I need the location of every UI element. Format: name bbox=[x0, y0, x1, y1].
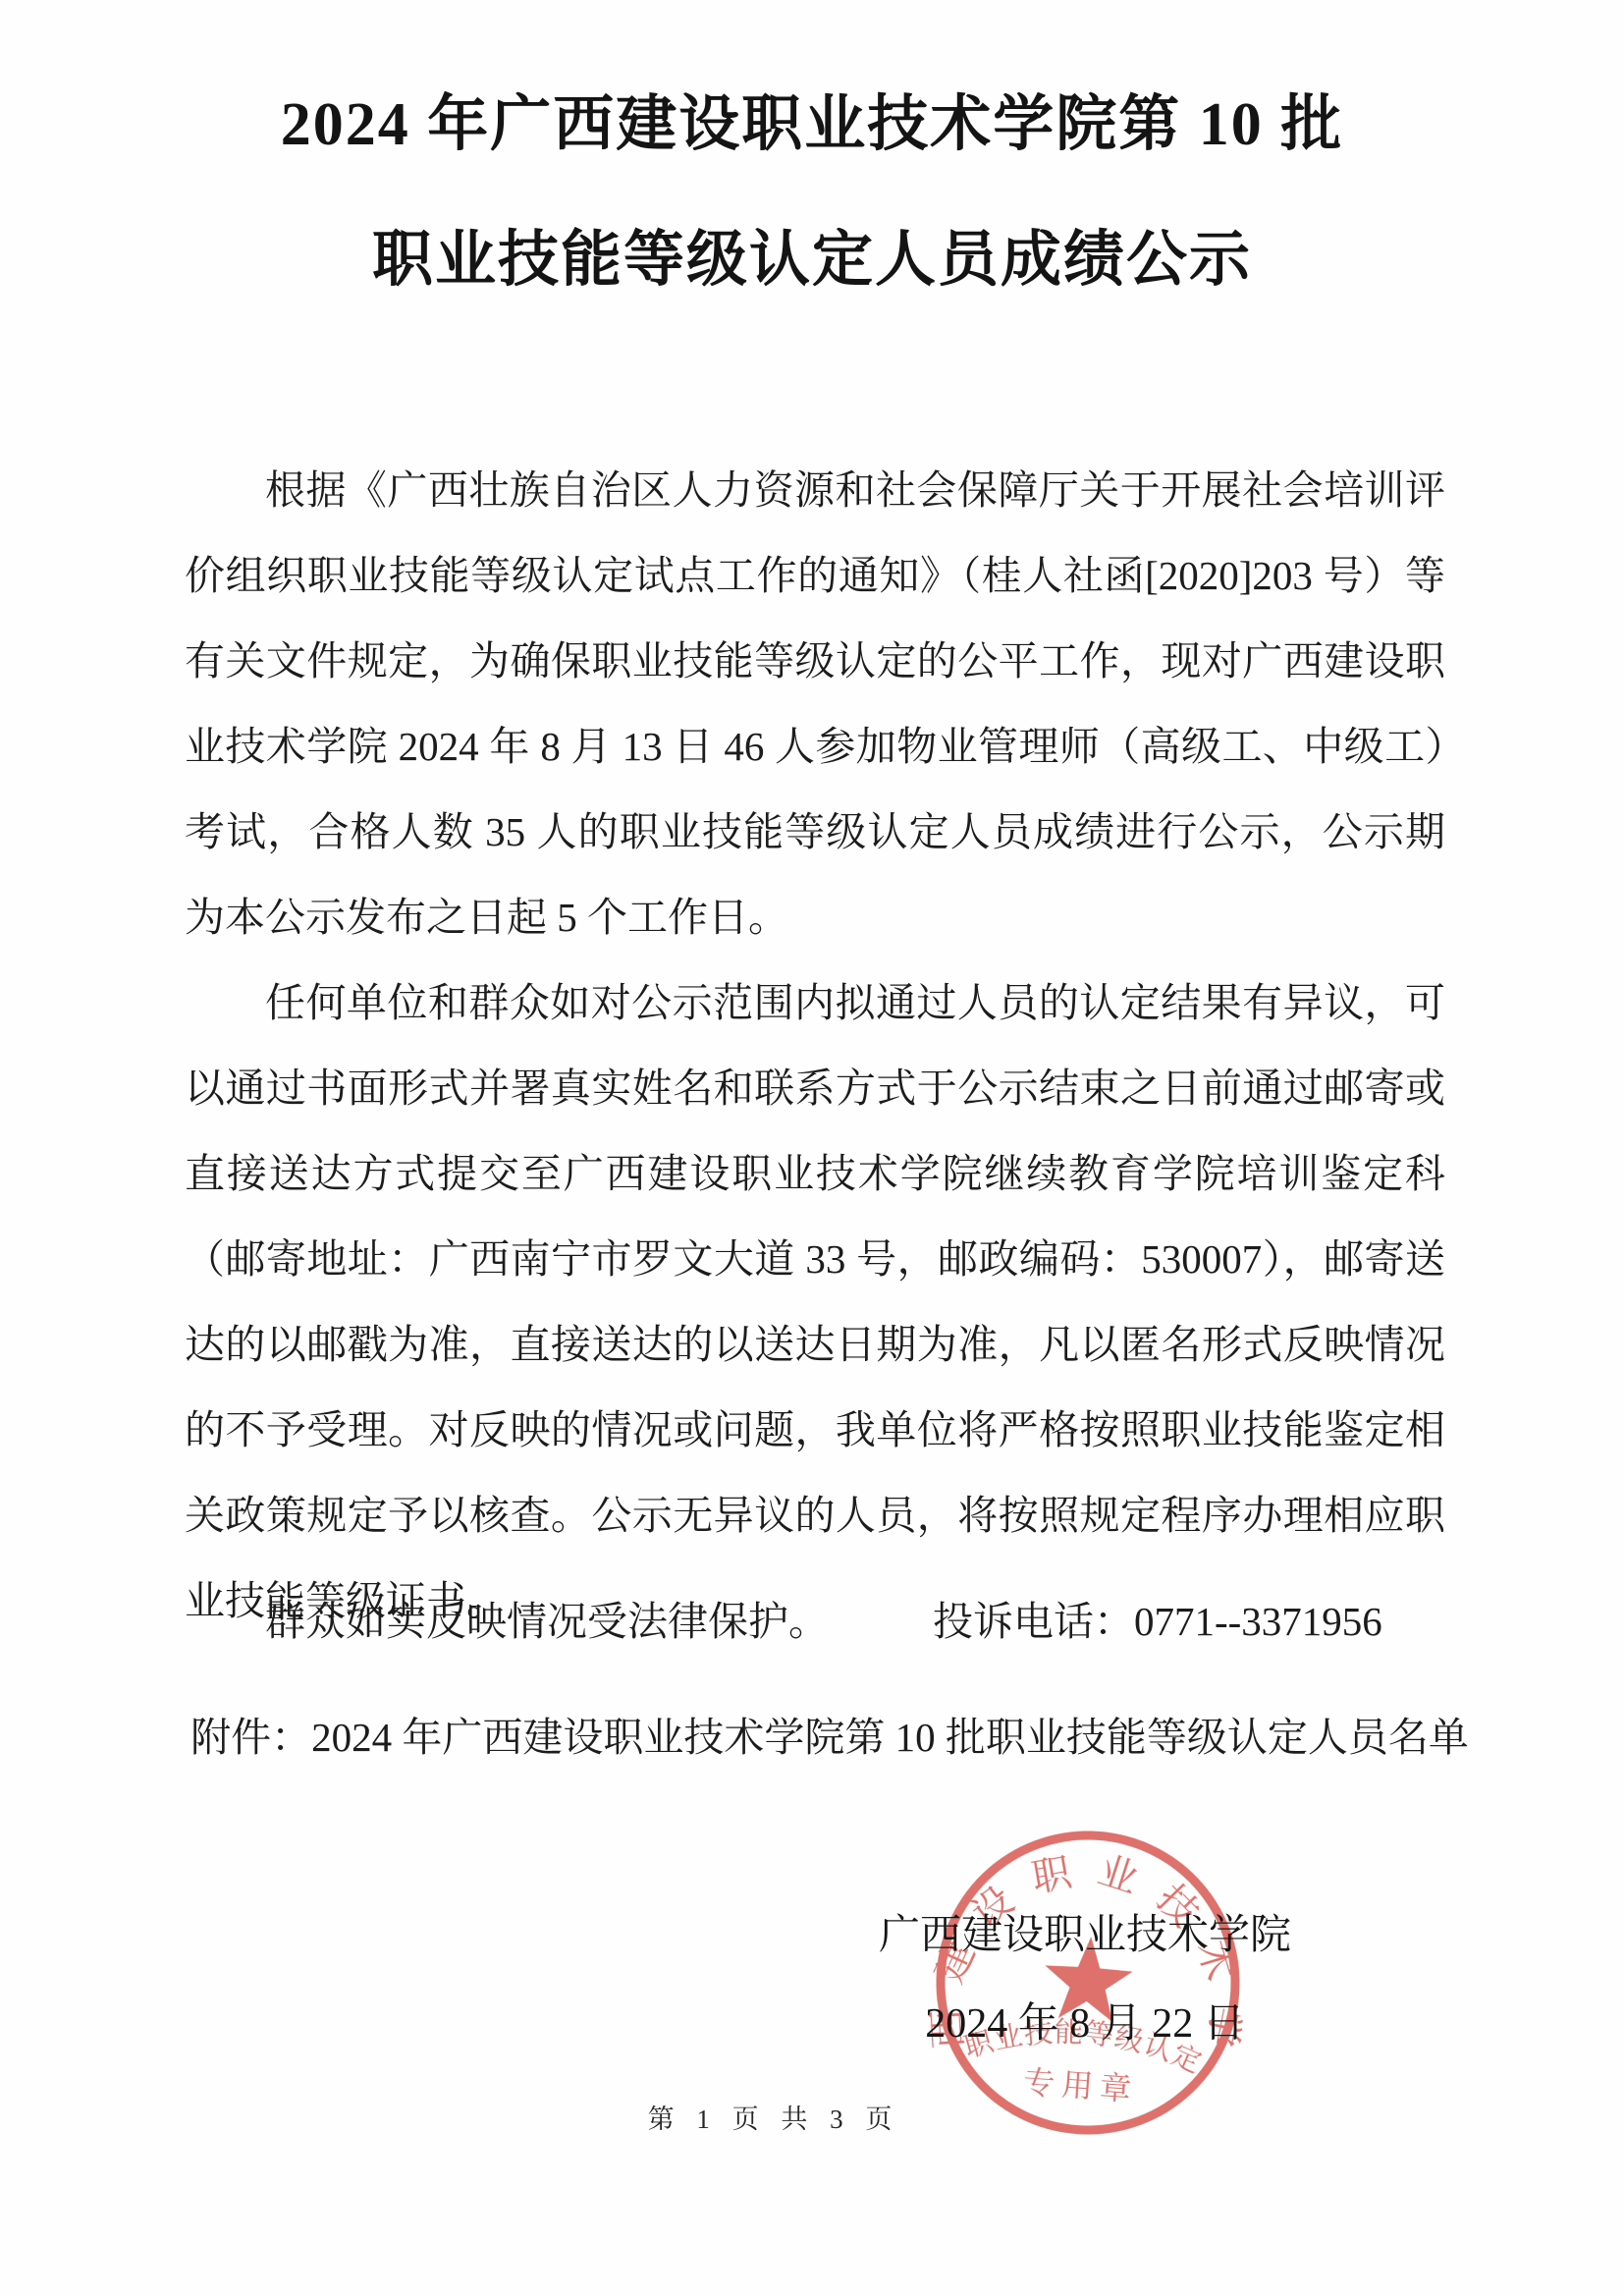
document-body: 根据《广西壮族自治区人力资源和社会保障厅关于开展社会培训评价组织职业技能等级认定… bbox=[185, 448, 1445, 1644]
document-title-line2: 职业技能等级认定人员成绩公示 bbox=[0, 210, 1624, 298]
signature-block: 广西建设职业技术学院 2024 年 8 月 22 日 bbox=[805, 1911, 1365, 2049]
document-title-line1: 2024 年广西建设职业技术学院第 10 批 bbox=[0, 75, 1624, 162]
announcement-document-page: 2024 年广西建设职业技术学院第 10 批 职业技能等级认定人员成绩公示 根据… bbox=[0, 0, 1624, 2296]
protection-notice-text: 群众如实反映情况受法律保护。 bbox=[265, 1599, 829, 1644]
page-number-indicator: 第 1 页 共 3 页 bbox=[0, 2098, 1547, 2136]
signature-organization: 广西建设职业技术学院 bbox=[805, 1911, 1365, 1960]
seal-bottom-text: 专用章 bbox=[1022, 2064, 1139, 2107]
signature-date: 2024 年 8 月 22 日 bbox=[805, 1999, 1365, 2049]
body-paragraph-objection: 任何单位和群众如对公示范围内拟通过人员的认定结果有异议，可以通过书面形式并署真实… bbox=[185, 960, 1445, 1644]
body-paragraph-basis: 根据《广西壮族自治区人力资源和社会保障厅关于开展社会培训评价组织职业技能等级认定… bbox=[185, 448, 1445, 960]
protection-notice-row: 群众如实反映情况受法律保护。投诉电话：0771--3371956 bbox=[185, 1579, 1445, 1665]
complaint-phone-text: 投诉电话：0771--3371956 bbox=[933, 1599, 1382, 1644]
attachment-line: 附件：2024 年广西建设职业技术学院第 10 批职业技能等级认定人员名单 bbox=[185, 1695, 1540, 1780]
